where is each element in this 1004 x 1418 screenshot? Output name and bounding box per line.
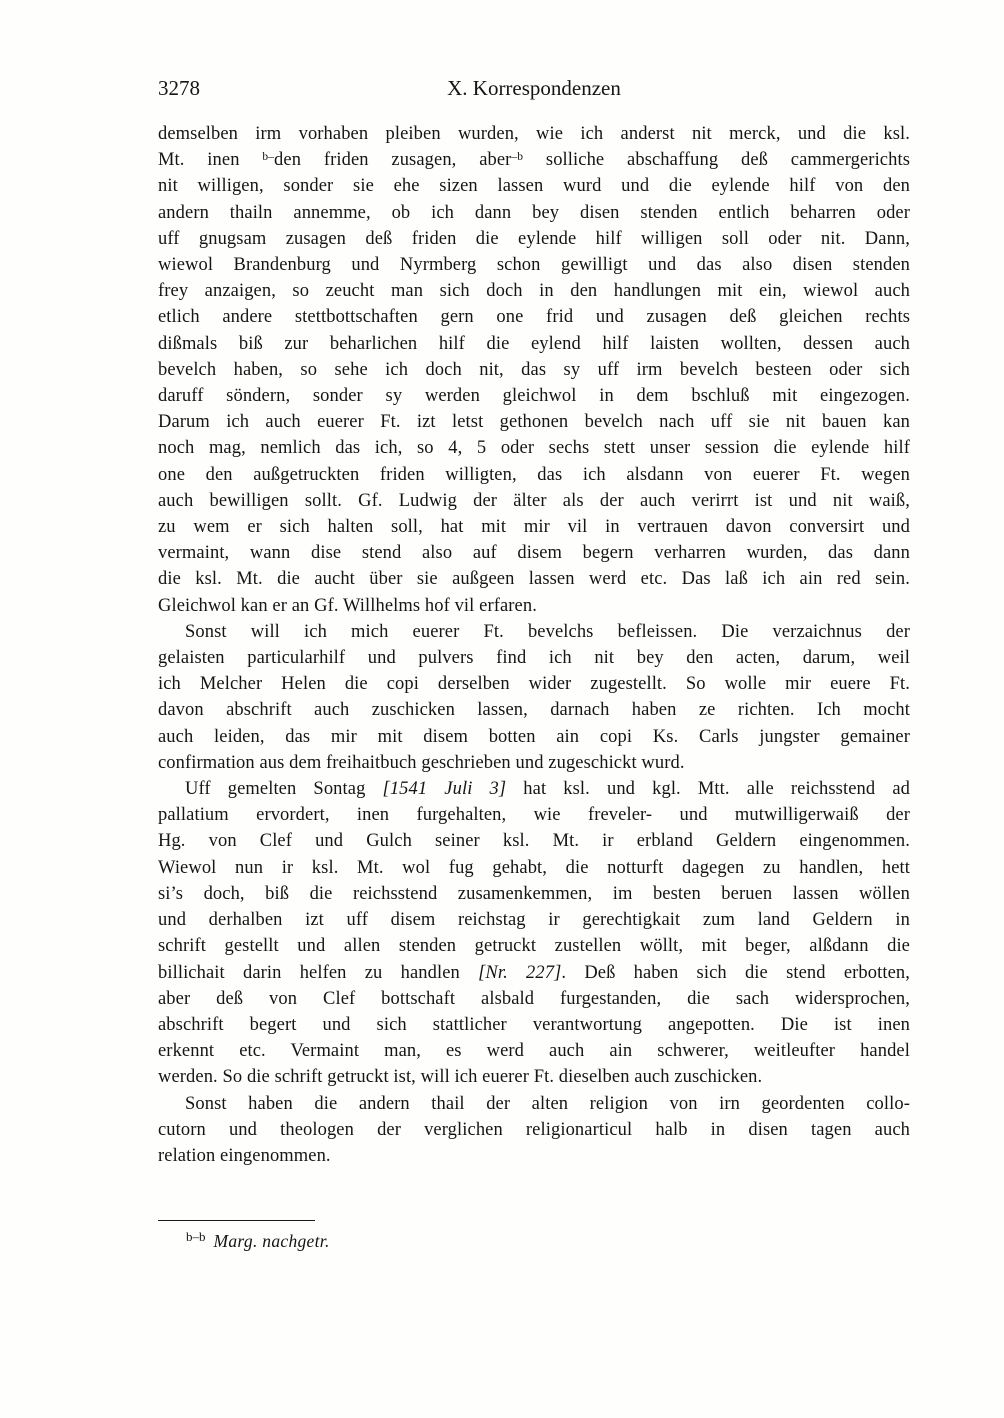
text-line: zu wem er sich halten soll, hat mit mir … — [158, 514, 910, 540]
superscript-note-marker: b– — [262, 151, 274, 163]
running-head: 3278 X. Korrespondenzen — [158, 76, 910, 106]
text-line: schrift gestellt und allen stenden getru… — [158, 933, 910, 959]
text-line: ich Melcher Helen die copi derselben wid… — [158, 671, 910, 697]
text-line: noch mag, nemlich das ich, so 4, 5 oder … — [158, 435, 910, 461]
text-line: pallatium ervordert, inen furgehalten, w… — [158, 802, 910, 828]
text-line: Sonst will ich mich euerer Ft. bevelchs … — [158, 619, 910, 645]
text-line: gelaisten particularhilf und pulvers fin… — [158, 645, 910, 671]
text-line: auch bewilligen sollt. Gf. Ludwig der äl… — [158, 488, 910, 514]
text-line: auch leiden, das mir mit disem botten ai… — [158, 724, 910, 750]
text-line: uff gnugsam zusagen deß friden die eylen… — [158, 226, 910, 252]
text-line: vermaint, wann dise stend also auf disem… — [158, 540, 910, 566]
text-line: Gleichwol kan er an Gf. Willhelms hof vi… — [158, 593, 910, 619]
text-line: andern thailn annemme, ob ich dann bey d… — [158, 200, 910, 226]
text-line: nit willigen, sonder sie ehe sizen lasse… — [158, 173, 910, 199]
text-line: werden. So die schrift getruckt ist, wil… — [158, 1064, 910, 1090]
text-line: abschrift begert und sich stattlicher ve… — [158, 1012, 910, 1038]
text-line: bevelch haben, so sehe ich doch nit, das… — [158, 357, 910, 383]
paragraph: Sonst will ich mich euerer Ft. bevelchs … — [158, 619, 910, 776]
text-line: confirmation aus dem freihaitbuch geschr… — [158, 750, 910, 776]
text-line: relation eingenommen. — [158, 1143, 910, 1169]
superscript-note-marker: –b — [511, 151, 523, 163]
text-line: erkennt etc. Vermaint man, es werd auch … — [158, 1038, 910, 1064]
text-line: dißmals biß zur beharlichen hilf die eyl… — [158, 331, 910, 357]
book-page: 3278 X. Korrespondenzen demselben irm vo… — [0, 0, 1004, 1418]
text-line: cutorn und theologen der verglichen reli… — [158, 1117, 910, 1143]
text-line: si’s doch, biß die reichsstend zusamenke… — [158, 881, 910, 907]
text-line: Uff gemelten Sontag [1541 Juli 3] hat ks… — [158, 776, 910, 802]
text-line: davon abschrift auch zuschicken lassen, … — [158, 697, 910, 723]
text-line: wiewol Brandenburg und Nyrmberg schon ge… — [158, 252, 910, 278]
text-line: die ksl. Mt. die aucht über sie außgeen … — [158, 566, 910, 592]
text-line: aber deß von Clef bottschaft alsbald fur… — [158, 986, 910, 1012]
body-text: demselben irm vorhaben pleiben wurden, w… — [158, 121, 910, 1169]
text-line: demselben irm vorhaben pleiben wurden, w… — [158, 121, 910, 147]
text-line: Hg. von Clef und Gulch seiner ksl. Mt. i… — [158, 828, 910, 854]
paragraph: Uff gemelten Sontag [1541 Juli 3] hat ks… — [158, 776, 910, 1090]
text-line: Sonst haben die andern thail der alten r… — [158, 1091, 910, 1117]
footnote-marker: b–b — [186, 1229, 206, 1244]
running-header-title: X. Korrespondenzen — [158, 76, 910, 101]
footnote: b–bMarg. nachgetr. — [158, 1228, 938, 1254]
italic-text: [1541 Juli 3] — [383, 779, 507, 799]
text-line: one den außgetruckten friden willigten, … — [158, 462, 910, 488]
text-line: billichait darin helfen zu handlen [Nr. … — [158, 960, 910, 986]
paragraph: demselben irm vorhaben pleiben wurden, w… — [158, 121, 910, 619]
text-line: frey anzaigen, so zeucht man sich doch i… — [158, 278, 910, 304]
footnote-text: Marg. nachgetr. — [214, 1231, 330, 1251]
text-line: Mt. inen b–den friden zusagen, aber–b so… — [158, 147, 910, 173]
footnote-separator — [158, 1220, 315, 1221]
text-line: etlich andere stettbottschaften gern one… — [158, 304, 910, 330]
text-line: Darum ich auch euerer Ft. izt letst geth… — [158, 409, 910, 435]
text-line: und derhalben izt uff disem reichstag ir… — [158, 907, 910, 933]
paragraph: Sonst haben die andern thail der alten r… — [158, 1091, 910, 1170]
text-line: daruff söndern, sonder sy werden gleichw… — [158, 383, 910, 409]
italic-text: [Nr. 227] — [478, 963, 561, 983]
text-line: Wiewol nun ir ksl. Mt. wol fug gehabt, d… — [158, 855, 910, 881]
